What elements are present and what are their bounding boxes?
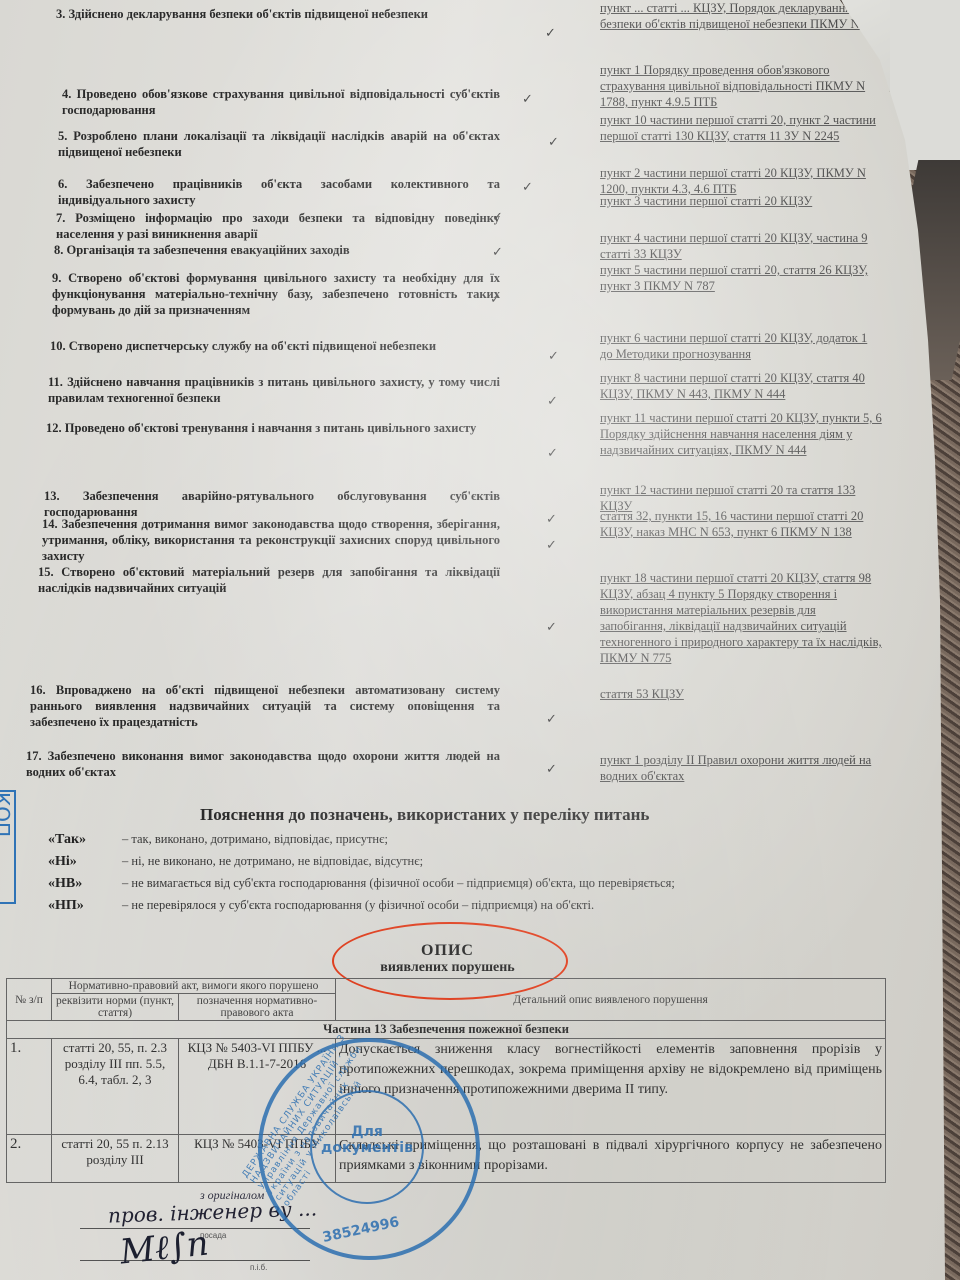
legal-reference: пункт 4 частини першої статті 20 КЦЗУ, ч… [600,230,882,262]
row-norm: статті 20, 55 п. 2.13 розділу III [52,1135,179,1183]
red-highlight-ellipse [332,922,568,1000]
header-description: Детальний опис виявленого порушення [336,979,886,1021]
checkmark-icon: ✓ [490,292,501,307]
row-description: Складські приміщення, що розташовані в п… [336,1135,886,1183]
checklist-question: 17. Забезпечено виконання вимог законода… [26,748,500,780]
legend-row: «НП»– не перевірялося у суб'єкта господа… [48,898,594,914]
checklist-question: 16. Впроваджено на об'єкті підвищеної не… [30,682,500,730]
signature-scrawl: Mℓ∫n [118,1223,210,1272]
section-title: Частина 13 Забезпечення пожежної безпеки [7,1021,886,1039]
legal-reference: пункт 18 частини першої статті 20 КЦЗУ, … [600,570,882,666]
legend-row: «Ні»– ні, не виконано, не дотримано, не … [48,854,423,870]
checklist-question: 12. Проведено об'єктові тренування і нав… [46,420,500,436]
stamp-center-text: Для документів [312,1124,422,1156]
row-description: Допускається зниження класу вогнестійкос… [336,1039,886,1135]
checklist-question: 9. Створено об'єктові формування цивільн… [52,270,500,318]
violations-subtitle: виявлених порушень [330,960,565,976]
legend-desc: – не вимагається від суб'єкта господарюв… [122,876,675,890]
checklist-question: 13. Забезпечення аварійно-рятувального о… [44,488,500,520]
legend-key: «НП» [48,898,122,914]
violations-title: ОПИС [330,942,565,960]
header-act-group: Нормативно-правовий акт, вимоги якого по… [52,979,336,994]
document-page: 3. Здійснено декларування безпеки об'єкт… [0,0,945,1280]
header-num: № з/п [7,979,52,1021]
legal-reference: пункт 2 частини першої статті 20 КЦЗУ, П… [600,165,882,197]
legend-desc: – не перевірялося у суб'єкта господарюва… [122,898,594,912]
checkmark-icon: ✓ [492,245,503,260]
checkmark-icon: ✓ [547,394,558,409]
row-num: 1. [7,1039,52,1135]
table-row: 1. статті 20, 55, п. 2.3 розділу III пп.… [7,1039,886,1135]
legend-key: «НВ» [48,876,122,892]
legend-row: «Так»– так, виконано, дотримано, відпові… [48,832,388,848]
stamp-code: 38524996 [321,1214,401,1246]
checkmark-icon: ✓ [546,620,557,635]
name-label: п.і.б. [250,1263,267,1272]
legend-row: «НВ»– не вимагається від суб'єкта господ… [48,876,675,892]
legend-desc: – ні, не виконано, не дотримано, не відп… [122,854,423,868]
legend-key: «Ні» [48,854,122,870]
legal-reference: пункт 10 частини першої статті 20, пункт… [600,112,882,144]
checkmark-icon: ✓ [546,512,557,527]
legal-reference: пункт 6 частини першої статті 20 КЦЗУ, д… [600,330,882,362]
checklist-question: 3. Здійснено декларування безпеки об'єкт… [56,6,500,22]
official-stamp: ДЕРЖАВНА СЛУЖБА УКРАЇНИ З НАДЗВИЧАЙНИХ С… [258,1038,480,1260]
checklist-question: 7. Розміщено інформацію про заходи безпе… [56,210,500,242]
legal-reference: пункт 5 частини першої статті 20, стаття… [600,262,882,294]
legal-reference: пункт 3 частини першої статті 20 КЦЗУ [600,193,882,209]
legal-reference: стаття 53 КЦЗУ [600,686,882,702]
checkmark-icon: ✓ [548,349,559,364]
position-line [80,1228,310,1229]
checkmark-icon: ✓ [492,210,503,225]
row-norm: статті 20, 55, п. 2.3 розділу III пп. 5.… [52,1039,179,1135]
legal-reference: пункт 11 частини першої статті 20 КЦЗУ, … [600,410,882,458]
checklist-question: 14. Забезпечення дотримання вимог законо… [42,516,500,564]
checkmark-icon: ✓ [546,762,557,777]
checklist-question: 5. Розроблено плани локалізації та лікві… [58,128,500,160]
header-act-designation: позначення нормативно-правового акта [179,994,336,1021]
checkmark-icon: ✓ [547,446,558,461]
violations-table: № з/п Нормативно-правовий акт, вимоги як… [6,978,886,1183]
checklist-question: 6. Забезпечено працівників об'єкта засоб… [58,176,500,208]
checkmark-icon: ✓ [546,712,557,727]
checklist-question: 4. Проведено обов'язкове страхування цив… [62,86,500,118]
legal-reference: пункт 1 розділу II Правил охорони життя … [600,752,882,784]
position-label: посада [200,1231,226,1240]
legend-title: Пояснення до позначень, використаних у п… [200,805,649,825]
table-row: 2. статті 20, 55 п. 2.13 розділу III КЦЗ… [7,1135,886,1183]
side-stamp: КОП [0,790,16,904]
header-norm-details: реквізити норми (пункт, стаття) [52,994,179,1021]
legal-reference: пункт 8 частини першої статті 20 КЦЗУ, с… [600,370,882,402]
stamp-ring-text: ДЕРЖАВНА СЛУЖБА УКРАЇНИ З НАДЗВИЧАЙНИХ С… [241,1027,393,1209]
checkmark-icon: ✓ [522,92,533,107]
checkmark-icon: ✓ [548,135,559,150]
legal-reference: стаття 32, пункти 15, 16 частини першої … [600,508,882,540]
checklist-question: 8. Організація та забезпечення евакуацій… [54,242,500,258]
row-num: 2. [7,1135,52,1183]
checklist-question: 11. Здійснено навчання працівників з пит… [48,374,500,406]
row-act: КЦЗ № 5403-VI ППБУ ... ДБН В.1.1-7-2016 [179,1039,336,1135]
checkmark-icon: ✓ [545,26,556,41]
checklist-question: 15. Створено об'єктовий матеріальний рез… [38,564,500,596]
name-line [80,1260,310,1261]
checkmark-icon: ✓ [546,538,557,553]
checkmark-icon: ✓ [522,180,533,195]
legal-reference: пункт 1 Порядку проведення обов'язкового… [600,62,882,110]
legend-key: «Так» [48,832,122,848]
legal-reference: пункт ... статті ... КЦЗУ, Порядок декла… [600,0,882,32]
original-note: з оригіналом [200,1188,264,1203]
handwritten-position: пров. інженер ву ... [108,1196,318,1227]
violations-heading: ОПИС виявлених порушень [330,930,565,976]
legend-desc: – так, виконано, дотримано, відповідає, … [122,832,388,846]
legal-reference: пункт 12 частини першої статті 20 та ста… [600,482,882,514]
row-act: КЦЗ № 5403-VI ППБУ [179,1135,336,1183]
checklist-question: 10. Створено диспетчерську службу на об'… [50,338,500,354]
